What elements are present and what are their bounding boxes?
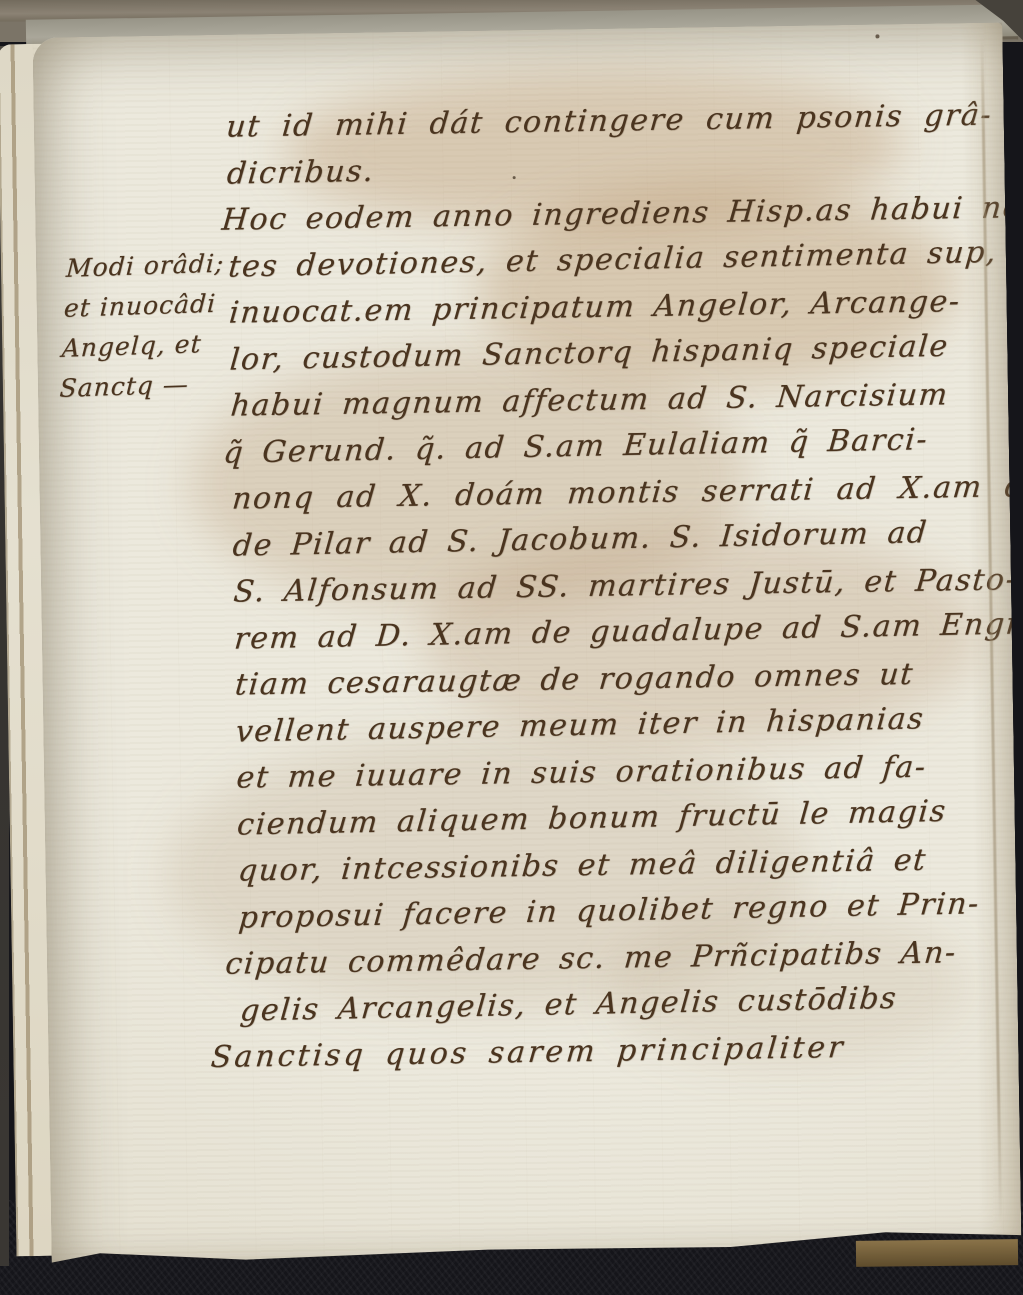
margin-note-line: Angelq, et — [61, 323, 248, 369]
binding-edge-strip — [856, 1239, 1018, 1267]
ink-speck — [513, 176, 516, 179]
manuscript-scan: Modi orâdi; et inuocâdi Angelq, et Sanct… — [0, 0, 1023, 1295]
margin-note: Modi orâdi; et inuocâdi Angelq, et Sanct… — [59, 243, 253, 409]
margin-note-line: Modi orâdi; — [65, 243, 252, 289]
manuscript-page: Modi orâdi; et inuocâdi Angelq, et Sanct… — [32, 22, 1021, 1267]
ink-speck — [875, 34, 879, 38]
manuscript-text: ut id mihi dát contingere cum psonis grâ… — [223, 93, 1008, 1081]
margin-note-line: et inuocâdi — [63, 283, 250, 329]
margin-note-line: Sanctq — — [59, 363, 246, 409]
